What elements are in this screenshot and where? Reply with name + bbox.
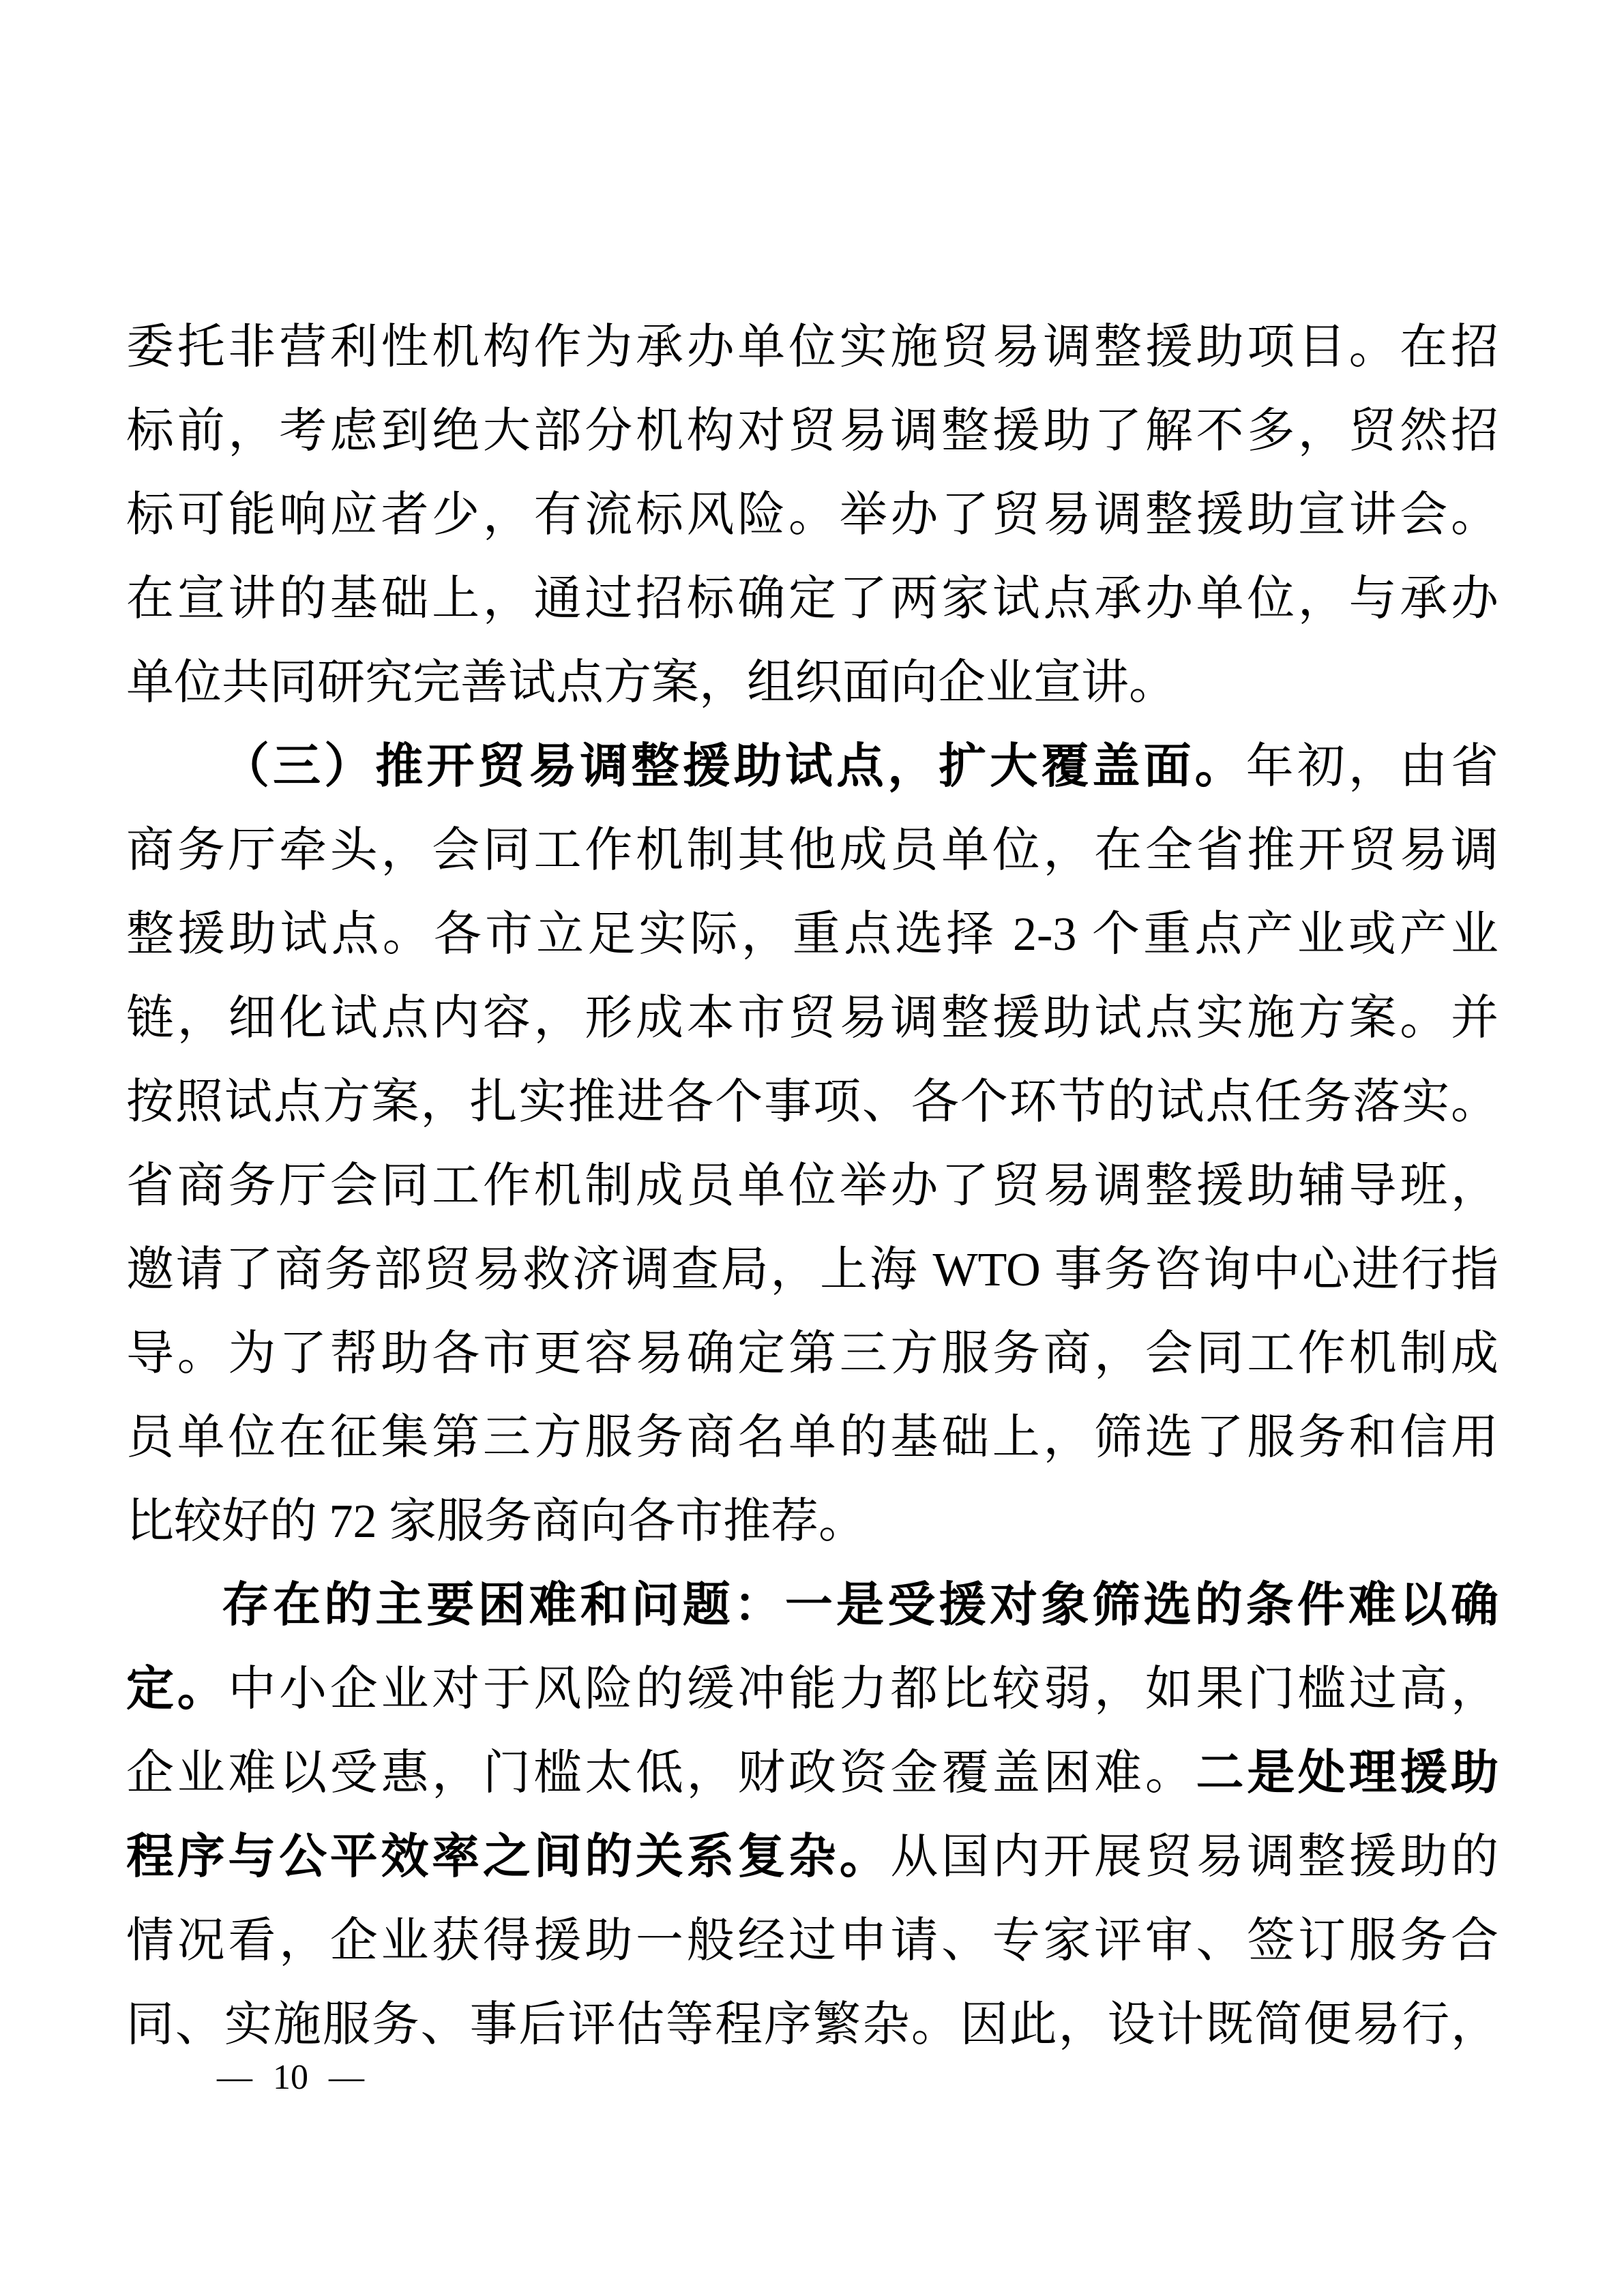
text-run: 整援助试点。各市立足实际，重点选择 2-3 个重点产业或产业 [126,908,1498,961]
text-run: 委托非营利性机构作为承办单位实施贸易调整援助项目。在招 [126,321,1498,374]
text-run: 情况看，企业获得援助一般经过申请、专家评审、签订服务合 [126,1915,1498,1967]
text-line: 标前，考虑到绝大部分机构对贸易调整援助了解不多，贸然招 [126,389,1498,473]
text-run: 标可能响应者少，有流标风险。举办了贸易调整援助宣讲会。 [126,489,1498,541]
text-run: 同、实施服务、事后评估等程序繁杂。因此，设计既简便易行， [126,1999,1498,2051]
text-run: 企业难以受惠，门槛太低，财政资金覆盖困难。 [126,1747,1196,1800]
emphasis-run: 程序与公平效率之间的关系复杂。 [126,1831,890,1883]
text-line: 省商务厅会同工作机制成员单位举办了贸易调整援助辅导班， [126,1144,1498,1228]
text-line: 邀请了商务部贸易救济调查局，上海 WTO 事务咨询中心进行指 [126,1228,1498,1312]
text-line: 按照试点方案，扎实推进各个事项、各个环节的试点任务落实。 [126,1060,1498,1144]
text-line: 单位共同研究完善试点方案，组织面向企业宣讲。 [126,641,1498,725]
emphasis-run: 存在的主要困难和问题：一是受援对象筛选的条件难以确 [222,1579,1498,1632]
text-line-emphasis: 存在的主要困难和问题：一是受援对象筛选的条件难以确 [126,1564,1498,1648]
text-run: 从国内开展贸易调整援助的 [890,1831,1498,1883]
text-line: 企业难以受惠，门槛太低，财政资金覆盖困难。二是处理援助 [126,1731,1498,1815]
text-run: 员单位在征集第三方服务商名单的基础上，筛选了服务和信用 [126,1412,1498,1464]
text-run: 邀请了商务部贸易救济调查局，上海 WTO 事务咨询中心进行指 [126,1244,1498,1296]
text-line: 比较好的 72 家服务商向各市推荐。 [126,1480,1498,1564]
text-line: 情况看，企业获得援助一般经过申请、专家评审、签订服务合 [126,1899,1498,1983]
text-line: 标可能响应者少，有流标风险。举办了贸易调整援助宣讲会。 [126,473,1498,557]
document-page: 委托非营利性机构作为承办单位实施贸易调整援助项目。在招 标前，考虑到绝大部分机构… [0,0,1624,2296]
text-line: 整援助试点。各市立足实际，重点选择 2-3 个重点产业或产业 [126,893,1498,976]
text-run: 按照试点方案，扎实推进各个事项、各个环节的试点任务落实。 [126,1076,1498,1129]
text-run: 在宣讲的基础上，通过招标确定了两家试点承办单位，与承办 [126,573,1498,625]
text-line: 程序与公平效率之间的关系复杂。从国内开展贸易调整援助的 [126,1815,1498,1899]
text-line: 委托非营利性机构作为承办单位实施贸易调整援助项目。在招 [126,305,1498,389]
text-run: 单位共同研究完善试点方案，组织面向企业宣讲。 [126,657,1177,709]
footer-left-dash: — [217,2054,252,2102]
text-run: 比较好的 72 家服务商向各市推荐。 [126,1495,866,1548]
footer-right-dash: — [329,2054,364,2102]
text-line: 导。为了帮助各市更容易确定第三方服务商，会同工作机制成 [126,1312,1498,1396]
text-line: 定。中小企业对于风险的缓冲能力都比较弱，如果门槛过高， [126,1648,1498,1731]
page-footer: — 10 — [217,2054,364,2102]
text-run: 导。为了帮助各市更容易确定第三方服务商，会同工作机制成 [126,1328,1498,1380]
emphasis-run: 二是处理援助 [1196,1747,1498,1800]
text-line-section-heading: （三）推开贸易调整援助试点，扩大覆盖面。年初，由省 [126,725,1498,809]
section-heading-run: （三）推开贸易调整援助试点，扩大覆盖面。 [222,741,1246,793]
text-run: 中小企业对于风险的缓冲能力都比较弱，如果门槛过高， [228,1663,1498,1716]
body-text: 委托非营利性机构作为承办单位实施贸易调整援助项目。在招 标前，考虑到绝大部分机构… [126,305,1498,2067]
text-line: 在宣讲的基础上，通过招标确定了两家试点承办单位，与承办 [126,557,1498,641]
text-run: 省商务厅会同工作机制成员单位举办了贸易调整援助辅导班， [126,1160,1498,1212]
text-run: 商务厅牵头，会同工作机制其他成员单位，在全省推开贸易调 [126,824,1498,877]
page-number: 10 [273,2054,308,2102]
text-line: 链，细化试点内容，形成本市贸易调整援助试点实施方案。并 [126,976,1498,1060]
emphasis-run: 定。 [126,1663,228,1716]
text-run: 链，细化试点内容，形成本市贸易调整援助试点实施方案。并 [126,992,1498,1045]
text-run: 年初，由省 [1246,741,1498,793]
text-line: 商务厅牵头，会同工作机制其他成员单位，在全省推开贸易调 [126,809,1498,893]
text-run: 标前，考虑到绝大部分机构对贸易调整援助了解不多，贸然招 [126,405,1498,458]
text-line: 员单位在征集第三方服务商名单的基础上，筛选了服务和信用 [126,1396,1498,1480]
